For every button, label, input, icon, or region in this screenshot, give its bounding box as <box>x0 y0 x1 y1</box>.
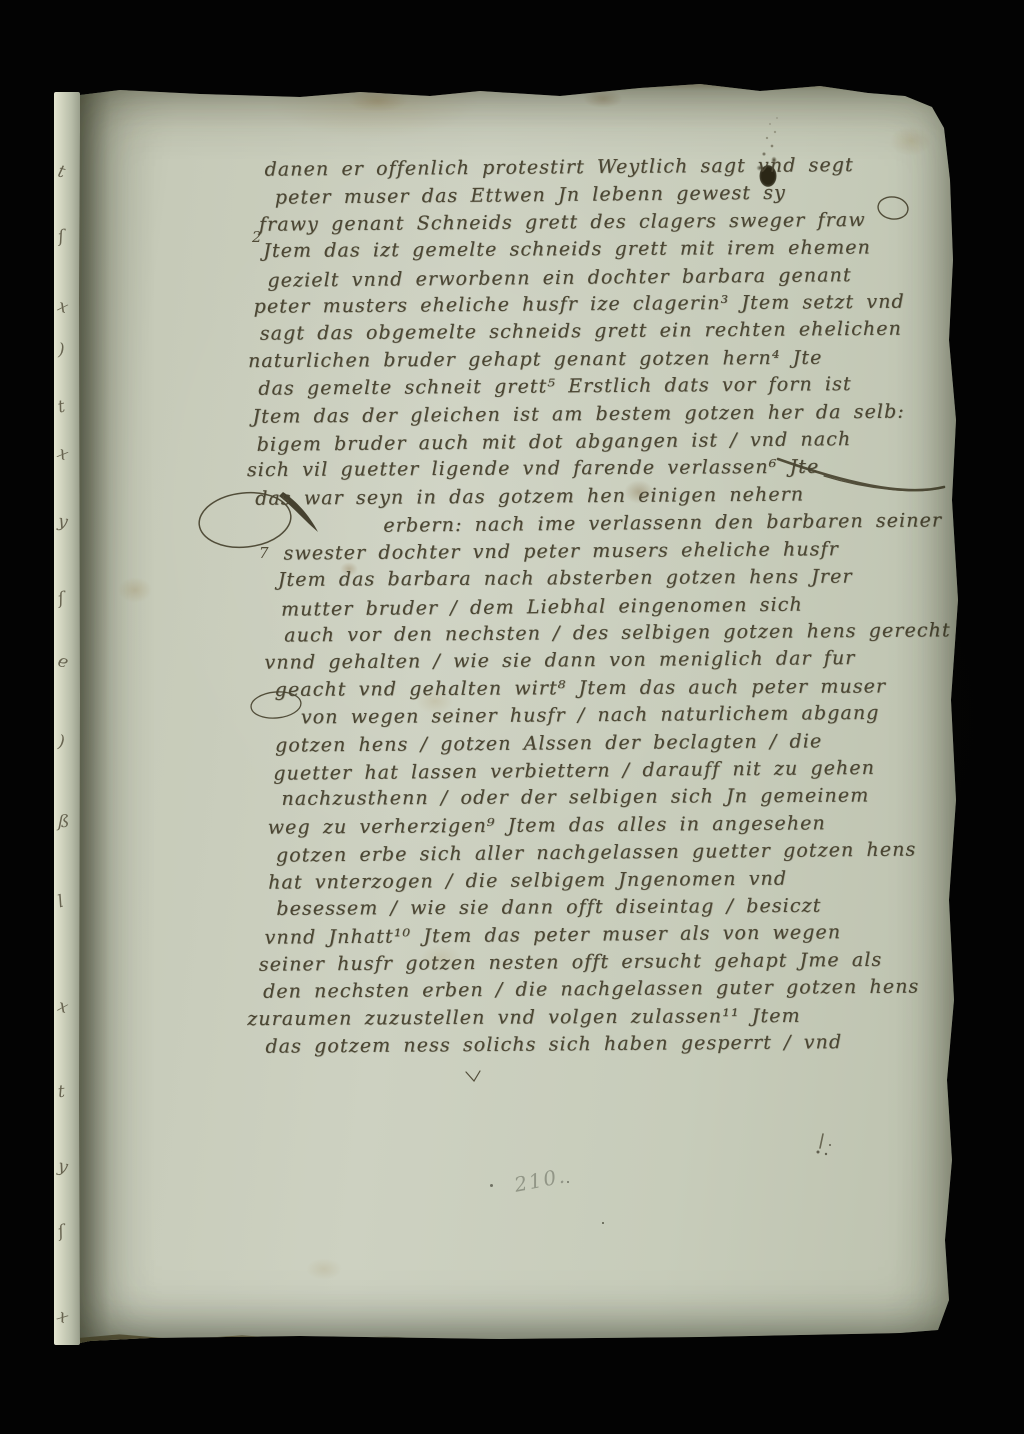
spine-glyph-fragment: l <box>56 892 66 913</box>
spine-glyph-fragment: x <box>55 996 70 1018</box>
spine-glyph-fragment: ) <box>57 732 65 753</box>
spine-glyph-fragment: ß <box>58 812 69 832</box>
spine-glyph-fragment: t <box>57 1082 66 1103</box>
folio-number: 210. <box>512 1163 568 1197</box>
spine-glyph-fragment: e <box>56 651 71 673</box>
manuscript-page: 2 7 danen er offenlich protestirt Weytli… <box>78 82 962 1344</box>
manuscript-line: mutter bruder / dem Liebhal eingenomen s… <box>281 590 944 624</box>
spine-glyph-fragment: ſ <box>57 227 66 248</box>
spine-glyph-fragment: ſ <box>56 589 66 610</box>
manuscript-line: Jtem das izt gemelte schneids grett mit … <box>263 234 941 265</box>
spine-glyph-fragment: ) <box>58 340 65 360</box>
spine-glyph-fragment: x <box>54 1306 72 1328</box>
handwritten-text-block: danen er offenlich protestirt Weytlich s… <box>264 151 947 1061</box>
manuscript-line: den nechsten erben / die nachgelassen gu… <box>263 974 947 1007</box>
ink-speck <box>602 1222 604 1224</box>
paper-stain <box>306 1258 342 1280</box>
check-mark <box>466 1071 480 1081</box>
paper-stain <box>118 577 152 603</box>
pencil-speck <box>490 1184 493 1187</box>
spine-glyph-fragment: y <box>57 511 69 532</box>
spine-leaf-edge: tſx)txyſe)ßlxtyſx <box>54 92 80 1345</box>
manuscript-line: Jtem das barbara nach absterben gotzen h… <box>278 563 944 594</box>
spine-glyph-fragment: x <box>55 296 71 318</box>
spine-glyph-fragment: t <box>56 161 67 182</box>
manuscript-line: von wegen seiner husfr / nach naturliche… <box>301 699 945 731</box>
manuscript-line: sich vil guetter ligende vnd farende ver… <box>247 454 943 485</box>
paper-stain <box>348 90 408 112</box>
spine-glyph-fragment: x <box>54 443 71 465</box>
manuscript-line: nachzusthenn / oder der selbigen sich Jn… <box>281 782 945 813</box>
paper-stain <box>583 90 623 108</box>
gutter-shadow <box>78 82 110 1344</box>
leaf-bottom-edge <box>78 1333 591 1344</box>
manuscript-photo: tſx)txyſe)ßlxtyſx <box>0 0 1024 1434</box>
manuscript-line: sagt das obgemelte schneids grett ein re… <box>260 316 942 349</box>
manuscript-line: das gotzem ness solichs sich haben gespe… <box>265 1028 947 1061</box>
manuscript-line: naturlichen bruder gehapt genant gotzen … <box>248 344 942 375</box>
spine-glyph-fragment: ſ <box>56 1222 66 1243</box>
small-ink-mark <box>820 1134 823 1148</box>
spine-glyph-fragment: y <box>56 1156 69 1177</box>
torn-top-edge <box>78 82 962 91</box>
manuscript-line: zuraumen zuzustellen vnd volgen zulassen… <box>247 1002 947 1033</box>
spine-glyph-fragment: t <box>56 396 67 417</box>
manuscript-line: erbern: nach ime verlassenn den barbaren… <box>383 508 943 541</box>
manuscript-line: vnnd gehalten / wie sie dann von menigli… <box>264 645 944 678</box>
manuscript-line: geacht vnd gehalten wirt⁸ Jtem das auch … <box>275 673 945 704</box>
